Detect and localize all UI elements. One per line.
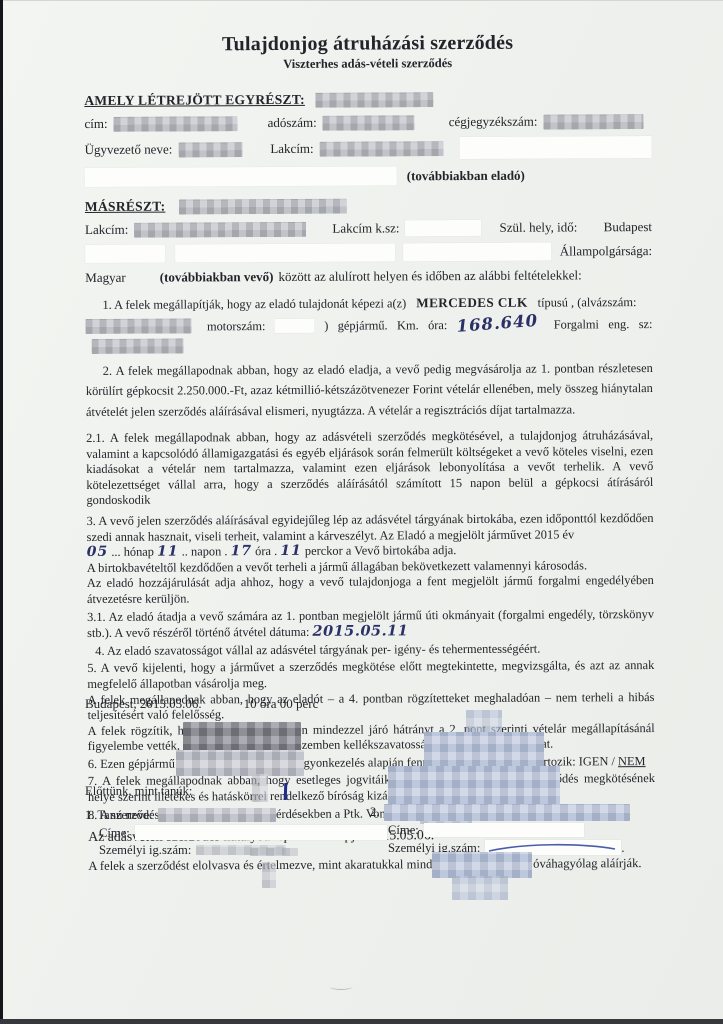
- buyer-birth-place: Budapest: [604, 219, 652, 235]
- witness-1-id-label: Személyi ig.szám:: [99, 842, 191, 859]
- redacted-seller-signature-bottom: [176, 750, 304, 776]
- dateline: Budapest, 2015.05.06. 10 óra 00 perc: [85, 696, 318, 712]
- seller-registry-label: cégjegyzékszám:: [449, 114, 538, 130]
- clause-3-note-2: Az eladó hozzájárulását adja ahhoz, hogy…: [87, 573, 654, 607]
- clause-1-after-engine: ) gépjármű. Km. óra:: [324, 318, 447, 333]
- clause-6: 6. Ezen gépjármű tulajdonjoga a bizalmi …: [88, 754, 655, 773]
- seller-manager-label: Ügyvezető neve:: [85, 142, 173, 158]
- seller-heading-row: AMELY LÉTREJÖTT EGYRÉSZT:: [84, 90, 651, 109]
- redacted-buyer-name: [179, 198, 347, 214]
- clause-3-lead: 3. A vevő jelen szerződés aláírásával eg…: [87, 511, 654, 544]
- redacted-buyer-signature-top: [466, 710, 502, 734]
- witness-2-address-row: Címe:: [388, 822, 630, 839]
- witness-2-block: 2. Címe: Személyi ig.szám: .: [370, 803, 630, 856]
- redacted-chassis-number: [85, 318, 191, 334]
- whiteout-box-witness-1-address: [135, 825, 387, 840]
- buyer-residence-row: Lakcím: Lakcím k.sz: Szül. hely, idő: Bu…: [85, 219, 652, 238]
- seller-residence-label: Lakcím:: [270, 141, 313, 157]
- redacted-buyer-signature-bottom: [388, 766, 560, 804]
- witness-1-name-label: 1. Tanú neve:: [85, 807, 153, 824]
- handwritten-month: 05: [87, 544, 109, 560]
- redacted-seller-signature-top: [183, 722, 301, 752]
- clause-3: 3. A vevő jelen szerződés aláírásával eg…: [87, 511, 654, 561]
- clause-1-line-1: 1. A felek megállapítják, hogy az eladó …: [85, 292, 652, 315]
- witness-1-id-row: Személyi ig.szám:: [99, 842, 387, 859]
- document-title: Tulajdonjog átruházási szerződés: [84, 31, 651, 57]
- contract-intro-tail: között az alulírott helyen és időben az …: [278, 267, 581, 285]
- whiteout-box-3: [403, 243, 551, 262]
- redacted-seller-name: [315, 92, 433, 108]
- witness-1-address-label: Címe:: [99, 825, 130, 842]
- handwritten-handover-date: 2015.05.11: [312, 622, 408, 640]
- dateline-place-date: Budapest, 2015.05.06.: [85, 696, 202, 712]
- whiteout-box-seller-right: [460, 136, 652, 159]
- redacted-ink-blob-right-2: [452, 876, 508, 900]
- buyer-citizenship-value: Magyar: [85, 270, 126, 286]
- redacted-ink-blob-left-1: [250, 848, 298, 856]
- redacted-seller-manager-name: [178, 142, 242, 157]
- clause-5-note-2: A felek rögzítik, hogy a vevő tekintetéb…: [88, 721, 655, 755]
- scanned-contract-page: Tulajdonjog átruházási szerződés Viszter…: [0, 0, 723, 1024]
- redacted-ink-blob-right-1: [432, 852, 532, 878]
- buyer-birth-label: Szül. hely, idő:: [499, 219, 577, 235]
- buyer-alias: (továbbiakban vevő): [160, 269, 274, 286]
- clause-3-1: 3.1. Az eladó átadja a vevő számára az 1…: [87, 607, 654, 642]
- buyer-heading-row: MÁSRÉSZT:: [85, 196, 652, 215]
- engine-number-label: motorszám:: [207, 319, 266, 333]
- whiteout-box-witness-2-address: [424, 823, 584, 837]
- clause-1-line-2: motorszám: ) gépjármű. Km. óra: 168.640 …: [85, 313, 652, 358]
- clause-1-after-vehicle: típusú , (alvázszám:: [538, 295, 637, 310]
- witness-2-number-row: 2.: [370, 804, 630, 821]
- seller-alias: (továbbiakban eladó): [407, 167, 525, 184]
- witness-2-dot: .: [621, 840, 624, 857]
- clause-3-day-label: .. napon .: [182, 544, 228, 558]
- clause-3-hour-label: óra .: [255, 544, 277, 558]
- handwritten-hour: 17: [231, 543, 253, 559]
- buyer-residence-label: Lakcím:: [85, 222, 128, 238]
- witness-1-address-row: Címe:: [99, 825, 387, 842]
- scan-edge-top: [0, 0, 723, 1]
- handwritten-odometer-value: 168.640: [456, 310, 539, 337]
- redacted-witness-1-name: [158, 808, 276, 822]
- scan-edge-left: [0, 0, 3, 1024]
- handwritten-day: 11: [157, 544, 179, 560]
- whiteout-box-2: [175, 243, 395, 262]
- document-content: Tulajdonjog átruházási szerződés Viszter…: [84, 31, 655, 887]
- witnesses-intro: Előttünk, mint tanúk:: [85, 784, 192, 799]
- clause-3-month-label: ... hónap: [111, 545, 154, 559]
- clause-1: 1. A felek megállapítják, hogy az eladó …: [85, 292, 652, 357]
- registration-cert-label: Forgalmi eng. sz:: [554, 317, 653, 332]
- redacted-buyer-signature-mid: [424, 732, 544, 768]
- scan-edge-bottom: [0, 1019, 723, 1024]
- ink-mark: [284, 783, 288, 800]
- witness-2-number: 2.: [370, 804, 379, 821]
- redacted-buyer-residence: [134, 221, 306, 237]
- clause-5-text: 5. A vevő kijelenti, hogy a járművet a s…: [87, 658, 654, 692]
- seller-address-row: cím: adószám: cégjegyzékszám:: [84, 113, 651, 132]
- buyer-heading: MÁSRÉSZT:: [85, 199, 166, 215]
- whiteout-box-residence-card: [405, 220, 481, 236]
- seller-heading: AMELY LÉTREJÖTT EGYRÉSZT:: [84, 92, 305, 109]
- document-subtitle: Viszterhes adás-vételi szerződés: [84, 55, 651, 73]
- dateline-time: 10 óra 00 perc: [244, 696, 319, 712]
- clause-6-nem-underlined: NEM: [618, 754, 646, 768]
- buyer-citizenship-label: Állampolgársága:: [560, 243, 653, 259]
- witness-1-name-row: 1. Tanú neve:: [85, 807, 387, 824]
- redacted-seller-residence: [320, 141, 444, 157]
- whiteout-box-1: [85, 245, 165, 263]
- clause-4-text: 4. Az eladó szavatosságot vállal az adás…: [87, 641, 654, 660]
- buyer-intro-row: Magyar (továbbiakban vevő) között az alu…: [85, 267, 652, 286]
- redacted-seller-address: [114, 116, 238, 132]
- redacted-seller-registry-number: [543, 114, 643, 130]
- seller-address-label: cím:: [84, 116, 107, 132]
- seller-tax-label: adószám:: [268, 115, 317, 131]
- handwritten-minute: 11: [280, 543, 302, 559]
- vehicle-type-value: MERCEDES CLK: [406, 295, 537, 311]
- witness-1-block: 1. Tanú neve: Címe: Személyi ig.szám:: [85, 806, 387, 859]
- clause-2-text: 2. A felek megállapodnak abban, hogy az …: [86, 358, 653, 422]
- seller-manager-row: Ügyvezető neve: Lakcím:: [85, 136, 652, 161]
- redacted-seller-signature-tail: [252, 774, 268, 802]
- scan-artifact: [330, 984, 352, 990]
- clause-3-tail: perckor a Vevő birtokába adja.: [305, 543, 457, 558]
- clause-1-lead: 1. A felek megállapítják, hogy az eladó …: [102, 296, 406, 312]
- redacted-seller-tax-number: [323, 115, 415, 130]
- witness-2-address-label: Címe:: [388, 822, 419, 839]
- closing-statement: A felek a szerződést elolvasva és értelm…: [88, 856, 655, 874]
- redacted-ink-blob-left-2: [262, 862, 276, 888]
- buyer-residence-card-label: Lakcím k.sz:: [332, 220, 399, 236]
- clause-2-1-text: 2.1. A felek megállapodnak abban, hogy a…: [86, 428, 653, 509]
- whiteout-box-seller-alias: [85, 166, 397, 187]
- buyer-whiteout-row: Állampolgársága:: [85, 242, 652, 263]
- redacted-registration-number: [92, 338, 184, 353]
- whiteout-box-engine-number: [275, 318, 315, 332]
- redacted-witness-2-name: [384, 804, 630, 821]
- seller-alias-row: (továbbiakban eladó): [85, 165, 652, 187]
